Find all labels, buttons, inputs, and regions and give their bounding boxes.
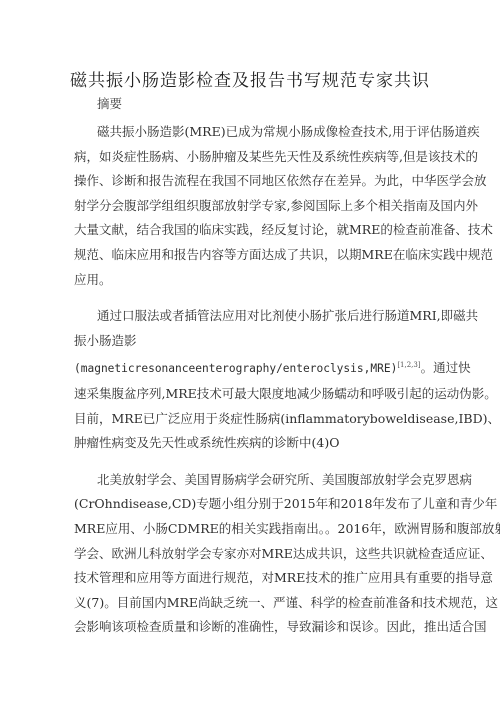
text-line: 目前，MRE已广泛应用于炎症性肠病(inflammatoryboweldisea…	[74, 407, 430, 432]
text-line: 速采集腹盆序列,MRE技术可最大限度地减少肠蠕动和呼吸引起的运动伪影。	[74, 382, 430, 407]
text-line: 振小肠造影	[74, 329, 430, 354]
text-line: 肿瘤性病变及先天性或系统性疾病的诊断中(4)O	[74, 431, 430, 456]
text-line: 规范、临床应用和报告内容等方面达成了共识，以期MRE在临床实践中规范	[74, 243, 430, 268]
abstract-heading: 摘要	[97, 94, 122, 112]
document-title: 磁共振小肠造影检查及报告书写规范专家共识	[0, 66, 500, 91]
text-line: 北美放射学会、美国胃肠病学会研究所、美国腹部放射学会克罗恩病	[74, 468, 430, 493]
text-line: 义(7)。目前国内MRE尚缺乏统一、严谨、科学的检查前准备和技术规范，这	[74, 591, 430, 616]
paragraph-guidelines: 北美放射学会、美国胃肠病学会研究所、美国腹部放射学会克罗恩病 (CrOhndis…	[74, 468, 430, 640]
paragraph-mre-intro: 通过口服法或者插管法应用对比剂使小肠扩张后进行肠道MRI,即磁共 振小肠造影 (…	[74, 304, 430, 456]
text-line: 技术管理和应用等方面进行规范，对MRE技术的推广应用具有重要的指导意	[74, 566, 430, 591]
paragraph-abstract: 磁共振小肠造影(MRE)已成为常规小肠成像检查技术,用于评估肠道疾 病，如炎症性…	[74, 120, 430, 292]
text-line: 射学分会腹部学组组织腹部放射学专家,参阅国际上多个相关指南及国内外	[74, 194, 430, 219]
text-line: MRE应用、小肠CDMRE的相关实践指南出。。2016年，欧洲胃肠和腹部放射	[74, 517, 430, 542]
text-line: 学会、欧洲儿科放射学会专家亦对MRE达成共识，这些共识就检查适应证、	[74, 542, 430, 567]
text-line: 大量文献，结合我国的临床实践，经反复讨论，就MRE的检查前准备、技术	[74, 218, 430, 243]
text-line: 会影响该项检查质量和诊断的准确性，导致漏诊和误诊。因此，推出适合国	[74, 615, 430, 640]
text-line: 磁共振小肠造影(MRE)已成为常规小肠成像检查技术,用于评估肠道疾	[74, 120, 430, 145]
text-fragment: 。通过快	[421, 360, 471, 375]
text-line-with-citation: (magneticresonanceenterography/enterocly…	[74, 353, 430, 382]
document-body: 磁共振小肠造影(MRE)已成为常规小肠成像检查技术,用于评估肠道疾 病，如炎症性…	[74, 120, 430, 652]
citation-ref: [1,2,3]	[397, 361, 420, 369]
text-line: 应用。	[74, 268, 430, 293]
text-line: 病，如炎症性肠病、小肠肿瘤及某些先天性及系统性疾病等,但是该技术的	[74, 145, 430, 170]
text-line: 操作、诊断和报告流程在我国不同地区依然存在差异。为此，中华医学会放	[74, 169, 430, 194]
text-line: (CrOhndisease,CD)专题小组分别于2015年和2018年发布了儿童…	[74, 492, 430, 517]
term-english: (magneticresonanceenterography/enterocly…	[74, 362, 397, 375]
text-line: 通过口服法或者插管法应用对比剂使小肠扩张后进行肠道MRI,即磁共	[74, 304, 430, 329]
document-page: 磁共振小肠造影检查及报告书写规范专家共识 摘要 磁共振小肠造影(MRE)已成为常…	[0, 0, 500, 707]
